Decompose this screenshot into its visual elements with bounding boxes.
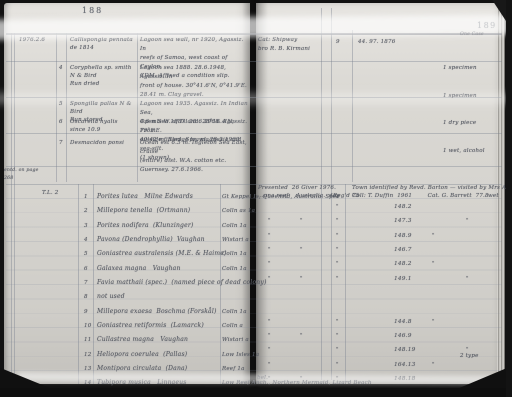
list-number-column: 1 2 3 4 5 6 7 8 9 10 11 12 13 14 bbox=[84, 190, 91, 391]
glare-band bbox=[0, 93, 512, 104]
quantity-note: 1 dry piece bbox=[443, 119, 476, 127]
quantity-note: 1 specimen bbox=[443, 64, 477, 72]
column-rule bbox=[352, 30, 353, 182]
species-cell: Oscarella hyalis since 10.9 bbox=[70, 118, 134, 134]
acquisition-line-2: bro R. B. Kirmani bbox=[258, 45, 310, 53]
ledger-photo: { "left_page": { "page_number": "188", "… bbox=[0, 0, 512, 397]
item-number: 4 bbox=[59, 64, 63, 72]
row-rule bbox=[6, 166, 502, 167]
lot-count: 9 bbox=[336, 38, 340, 46]
lower-header-left-1: Presented 26 Giver 1976. bbox=[258, 184, 336, 192]
item-number: 6 bbox=[59, 118, 63, 126]
backdrop-right bbox=[506, 0, 512, 397]
details-cell: Ocean est 6.5 m. Ingleton Sea East, crui… bbox=[140, 139, 250, 175]
ditto-column: " " " bbox=[466, 200, 469, 372]
lower-header-wet: wet bbox=[488, 192, 499, 200]
lower-header-day: day bbox=[329, 192, 340, 200]
lower-header-right-2: Coll: T. Duffin 1961 Cat. G. Barrett 77.… bbox=[352, 192, 489, 200]
list-locality-column: Gt Keppel Is, Queensld, Australia. Spec … bbox=[222, 190, 372, 391]
column-rule bbox=[14, 33, 15, 384]
row-rule bbox=[6, 61, 502, 62]
quantity-note: 1 wet, alcohol bbox=[443, 147, 485, 155]
column-rule bbox=[11, 33, 12, 384]
ditto-column: " " " " " bbox=[300, 200, 303, 386]
ditto-column: " " " " bbox=[432, 200, 435, 372]
backdrop-bottom bbox=[0, 388, 512, 397]
type-note: 2 type bbox=[460, 352, 479, 360]
species-cell: Coryphella sp. smith N & Bird Run dried bbox=[70, 64, 134, 88]
old-register-number: 44. 97. 1876 bbox=[358, 38, 395, 46]
column-rule bbox=[56, 33, 57, 182]
lower-header-right-1: Town identified by Revd. Barton — visite… bbox=[352, 184, 512, 192]
lower-header-left-2: ...ana reef Australia. Reg'd 75 bbox=[258, 192, 359, 200]
item-number: 7 bbox=[59, 139, 63, 147]
species-cell: Desmacidon ponsi bbox=[70, 139, 134, 147]
column-rule bbox=[93, 184, 94, 384]
ditto-column: " " " " " " " " " " " bbox=[336, 200, 339, 386]
ditto-column: " " " " " " " " " " bbox=[268, 200, 271, 386]
column-rule bbox=[137, 33, 138, 182]
list-label: T.L. 2 bbox=[42, 189, 58, 197]
station-number-column: 148.2 147.3 148.9 146.7 148.2 149.1 144.… bbox=[394, 200, 415, 386]
acquisition-line-1: Cat: Shipway bbox=[258, 36, 297, 44]
left-page-number: 188 bbox=[82, 7, 103, 15]
column-rule bbox=[78, 184, 79, 384]
column-rule bbox=[66, 33, 67, 182]
margin-note: entd. on page 268 bbox=[4, 167, 48, 183]
